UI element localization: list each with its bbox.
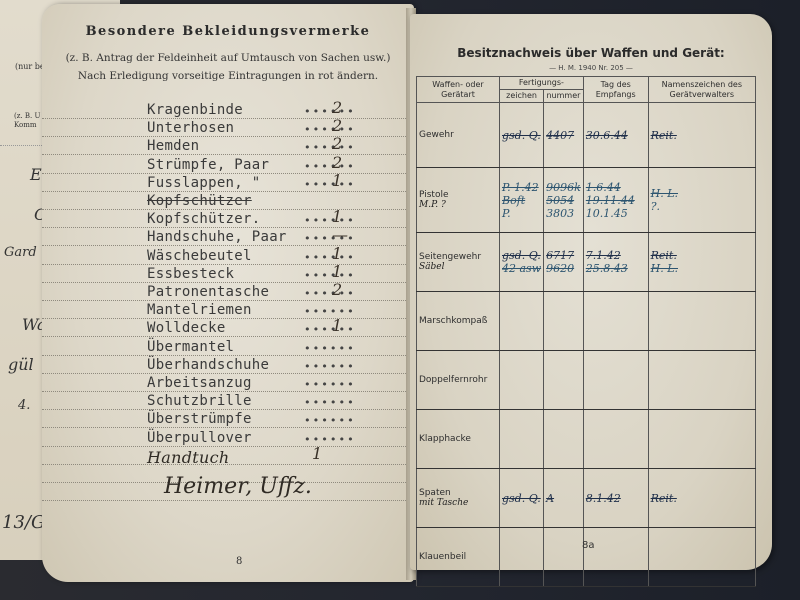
rule-line	[42, 391, 414, 392]
register-entry-mark: P.	[502, 207, 541, 220]
clothing-item-qty: 1	[332, 316, 342, 335]
register-entry-number: 4407	[546, 129, 581, 142]
leader-dots: ••••••	[304, 396, 356, 409]
leader-dots: ••••••	[304, 305, 356, 318]
clothing-item-name: Mantelriemen	[147, 302, 252, 318]
register-cell-mark	[500, 351, 544, 410]
rule-line	[42, 264, 414, 265]
register-row-label: Gewehr	[417, 103, 500, 168]
register-entry-number: 3803	[546, 207, 581, 220]
register-entry-date: 7.1.42	[586, 249, 646, 262]
register-row-label: Marschkompaß	[417, 292, 500, 351]
col-header-number: nummer	[544, 90, 584, 103]
clothing-item-qty: 1	[332, 207, 342, 226]
page-instruction: Nach Erledigung vorseitige Eintragungen …	[42, 70, 414, 82]
register-entry-mark: gsd. Q.	[502, 249, 541, 262]
back-note-line-2: Komm	[14, 121, 37, 129]
register-entry-mark: 42 asw	[502, 262, 541, 275]
clothing-item-name: Kragenbinde	[147, 102, 243, 118]
equipment-sublabel: Säbel	[419, 262, 497, 272]
page-subtitle: — H. M. 1940 Nr. 205 —	[410, 64, 772, 72]
rule-line	[42, 300, 414, 301]
register-entry-sign: Reit.	[651, 249, 753, 262]
clothing-item-name: Handtuch	[147, 448, 229, 467]
rule-line	[42, 318, 414, 319]
col-header-mark: zeichen	[500, 90, 544, 103]
register-entry-date: 25.8.43	[586, 262, 646, 275]
equipment-type: Spaten	[419, 488, 451, 498]
register-entry-sign: Reit.	[651, 129, 753, 142]
register-entry-mark: gsd. Q.	[502, 129, 541, 142]
leader-dots: ••••••	[304, 178, 356, 191]
clothing-item-qty: 1	[312, 444, 322, 463]
rule-line	[42, 446, 414, 447]
register-cell-sign	[648, 292, 755, 351]
weapons-equipment-page: Besitznachweis über Waffen und Gerät: — …	[410, 14, 772, 570]
clothing-item-qty: 2	[332, 98, 342, 117]
register-cell-number	[544, 292, 584, 351]
page-subtitle: (z. B. Antrag der Feldeinheit auf Umtaus…	[42, 52, 414, 64]
equipment-type: Klapphacke	[419, 434, 471, 444]
rule-line	[42, 282, 414, 283]
rule-line	[42, 154, 414, 155]
clothing-item-name: Hemden	[147, 138, 199, 154]
register-cell-date	[583, 292, 648, 351]
rule-line	[42, 191, 414, 192]
register-cell-sign	[648, 351, 755, 410]
register-entry-date: 30.6.44	[586, 129, 646, 142]
rule-line	[42, 336, 414, 337]
back-handwriting: E	[30, 165, 42, 184]
clothing-item-qty: 1	[332, 171, 342, 190]
register-cell-date	[583, 351, 648, 410]
register-cell-sign: Reit.H. L.	[648, 233, 755, 292]
weapons-register-table: Waffen- oder Gerätart Fertigungs- Tag de…	[416, 76, 756, 587]
register-entry-number: 5054	[546, 194, 581, 207]
register-row: Marschkompaß	[417, 292, 756, 351]
clothing-item-name: Wäschebeutel	[147, 248, 252, 264]
register-entry-date: 19.11.44	[586, 194, 646, 207]
clothing-item-name: Wolldecke	[147, 320, 226, 336]
register-entry-date: 10.1.45	[586, 207, 646, 220]
leader-dots: ••••••	[304, 160, 356, 173]
equipment-type: Pistole	[419, 190, 449, 200]
register-cell-date: 8.1.42	[583, 469, 648, 528]
back-page-note: (z. B. U Komm	[14, 112, 40, 130]
clothing-item-name: Schutzbrille	[147, 393, 252, 409]
register-entry-sign: H. L.	[651, 262, 753, 275]
register-cell-sign: Reit.	[648, 469, 755, 528]
register-cell-mark: gsd. Q.42 asw	[500, 233, 544, 292]
clothing-item-name: Überstrümpfe	[147, 411, 252, 427]
register-cell-mark	[500, 410, 544, 469]
register-cell-sign	[648, 410, 755, 469]
back-handwriting: gül	[8, 355, 34, 374]
leader-dots: ••••••	[304, 414, 356, 427]
rule-line	[42, 427, 414, 428]
equipment-type: Seitengewehr	[419, 252, 481, 262]
register-cell-mark	[500, 528, 544, 587]
rule-line	[42, 136, 414, 137]
clothing-item-qty: 2	[332, 116, 342, 135]
clothing-item-name: Patronentasche	[147, 284, 269, 300]
clothing-item-qty: 2	[332, 134, 342, 153]
rule-line	[42, 245, 414, 246]
register-entry-number: 9096k	[546, 181, 581, 194]
leader-dots: ••••••	[304, 287, 356, 300]
leader-dots: ••••••	[304, 105, 356, 118]
page-title: Besitznachweis über Waffen und Gerät:	[410, 46, 772, 60]
register-entry-number: A	[546, 492, 581, 505]
register-row: Gewehrgsd. Q.440730.6.44Reit.	[417, 103, 756, 168]
register-entry-mark: P. 1.42	[502, 181, 541, 194]
back-handwriting: 4.	[18, 398, 30, 413]
register-cell-date: 7.1.4225.8.43	[583, 233, 648, 292]
equipment-type: Doppelfernrohr	[419, 375, 487, 385]
leader-dots: ••••••	[304, 141, 356, 154]
register-cell-date	[583, 410, 648, 469]
register-cell-date	[583, 528, 648, 587]
register-cell-number	[544, 351, 584, 410]
register-entry-mark: gsd. Q.	[502, 492, 541, 505]
register-cell-number: A	[544, 469, 584, 528]
register-row-label: Spatenmit Tasche	[417, 469, 500, 528]
col-header-type: Waffen- oder Gerätart	[417, 77, 500, 103]
register-row: Spatenmit Taschegsd. Q.A8.1.42Reit.	[417, 469, 756, 528]
register-entry-number: 6717	[546, 249, 581, 262]
register-row: SeitengewehrSäbelgsd. Q.42 asw671796207.…	[417, 233, 756, 292]
register-entry-sign: ?.	[651, 200, 753, 213]
back-note-line-1: (z. B. U	[14, 112, 40, 120]
register-cell-sign: H. L.?.	[648, 168, 755, 233]
page-number: 8	[236, 556, 242, 567]
clothing-item-qty: 1	[332, 262, 342, 281]
rule-line	[42, 355, 414, 356]
clothing-item-qty: 1	[332, 244, 342, 263]
register-entry-date: 8.1.42	[586, 492, 646, 505]
clothing-item-qty: —	[332, 225, 348, 244]
register-body: Gewehrgsd. Q.440730.6.44Reit.PistoleM.P.…	[417, 103, 756, 587]
register-cell-date: 1.6.4419.11.4410.1.45	[583, 168, 648, 233]
register-row: Klauenbeil	[417, 528, 756, 587]
register-row-label: Doppelfernrohr	[417, 351, 500, 410]
register-cell-number	[544, 528, 584, 587]
rule-line	[42, 118, 414, 119]
equipment-sublabel: M.P. ?	[419, 200, 497, 210]
register-cell-number: 67179620	[544, 233, 584, 292]
register-cell-number: 9096k50543803	[544, 168, 584, 233]
register-cell-mark: P. 1.42BoftP.	[500, 168, 544, 233]
equipment-type: Gewehr	[419, 130, 454, 140]
rule-line	[42, 500, 414, 501]
clothing-item-name: Übermantel	[147, 339, 234, 355]
register-cell-mark	[500, 292, 544, 351]
register-cell-number: 4407	[544, 103, 584, 168]
leader-dots: ••••••	[304, 123, 356, 136]
col-header-manufacture: Fertigungs-	[500, 77, 584, 90]
clothing-item-name: Essbesteck	[147, 266, 234, 282]
leader-dots: ••••••	[304, 269, 356, 282]
leader-dots: ••••••	[304, 251, 356, 264]
register-row-label: SeitengewehrSäbel	[417, 233, 500, 292]
back-handwriting: Gard	[4, 245, 37, 260]
register-row-label: Klauenbeil	[417, 528, 500, 587]
page-title: Besondere Bekleidungsvermerke	[42, 24, 414, 39]
register-row: Doppelfernrohr	[417, 351, 756, 410]
clothing-item-name: Strümpfe, Paar	[147, 157, 269, 173]
clothing-notes-page: Besondere Bekleidungsvermerke (z. B. Ant…	[42, 4, 414, 582]
register-entry-sign: Reit.	[651, 492, 753, 505]
clothing-item-name: Überhandschuhe	[147, 357, 269, 373]
leader-dots: ••••••	[304, 378, 356, 391]
register-cell-sign	[648, 528, 755, 587]
register-row-label: Klapphacke	[417, 410, 500, 469]
clothing-item-qty: 2	[332, 153, 342, 172]
clothing-item-name: Arbeitsanzug	[147, 375, 252, 391]
register-cell-mark: gsd. Q.	[500, 103, 544, 168]
leader-dots: ••••••	[304, 342, 356, 355]
rule-line	[42, 373, 414, 374]
equipment-type: Marschkompaß	[419, 316, 487, 326]
clothing-item-qty: 2	[332, 280, 342, 299]
register-entry-sign: H. L.	[651, 187, 753, 200]
col-header-admin: Namenszeichen des Gerätverwalters	[648, 77, 755, 103]
equipment-type: Klauenbeil	[419, 552, 466, 562]
clothing-item-name: Kopfschützer	[147, 193, 252, 209]
register-row: Klapphacke	[417, 410, 756, 469]
rule-line	[42, 173, 414, 174]
clothing-item-name: Kopfschützer.	[147, 211, 260, 227]
page-number: 8a	[582, 540, 595, 551]
rule-line	[42, 209, 414, 210]
equipment-sublabel: mit Tasche	[419, 498, 497, 508]
register-cell-mark: gsd. Q.	[500, 469, 544, 528]
clothing-item-name: Fusslappen, "	[147, 175, 260, 191]
register-entry-mark: Boft	[502, 194, 541, 207]
rule-line	[42, 227, 414, 228]
clothing-item-name: Überpullover	[147, 430, 252, 446]
clothing-item-name: Handschuhe, Paar	[147, 229, 287, 245]
clothing-item-name: Unterhosen	[147, 120, 234, 136]
col-header-date: Tag des Empfangs	[583, 77, 648, 103]
signature: Heimer, Uffz.	[164, 474, 312, 499]
register-entry-date: 1.6.44	[586, 181, 646, 194]
register-entry-number: 9620	[546, 262, 581, 275]
leader-dots: ••••••	[304, 360, 356, 373]
register-row-label: PistoleM.P. ?	[417, 168, 500, 233]
register-cell-number	[544, 410, 584, 469]
register-cell-sign: Reit.	[648, 103, 755, 168]
register-cell-date: 30.6.44	[583, 103, 648, 168]
leader-dots: ••••••	[304, 323, 356, 336]
register-row: PistoleM.P. ?P. 1.42BoftP.9096k505438031…	[417, 168, 756, 233]
